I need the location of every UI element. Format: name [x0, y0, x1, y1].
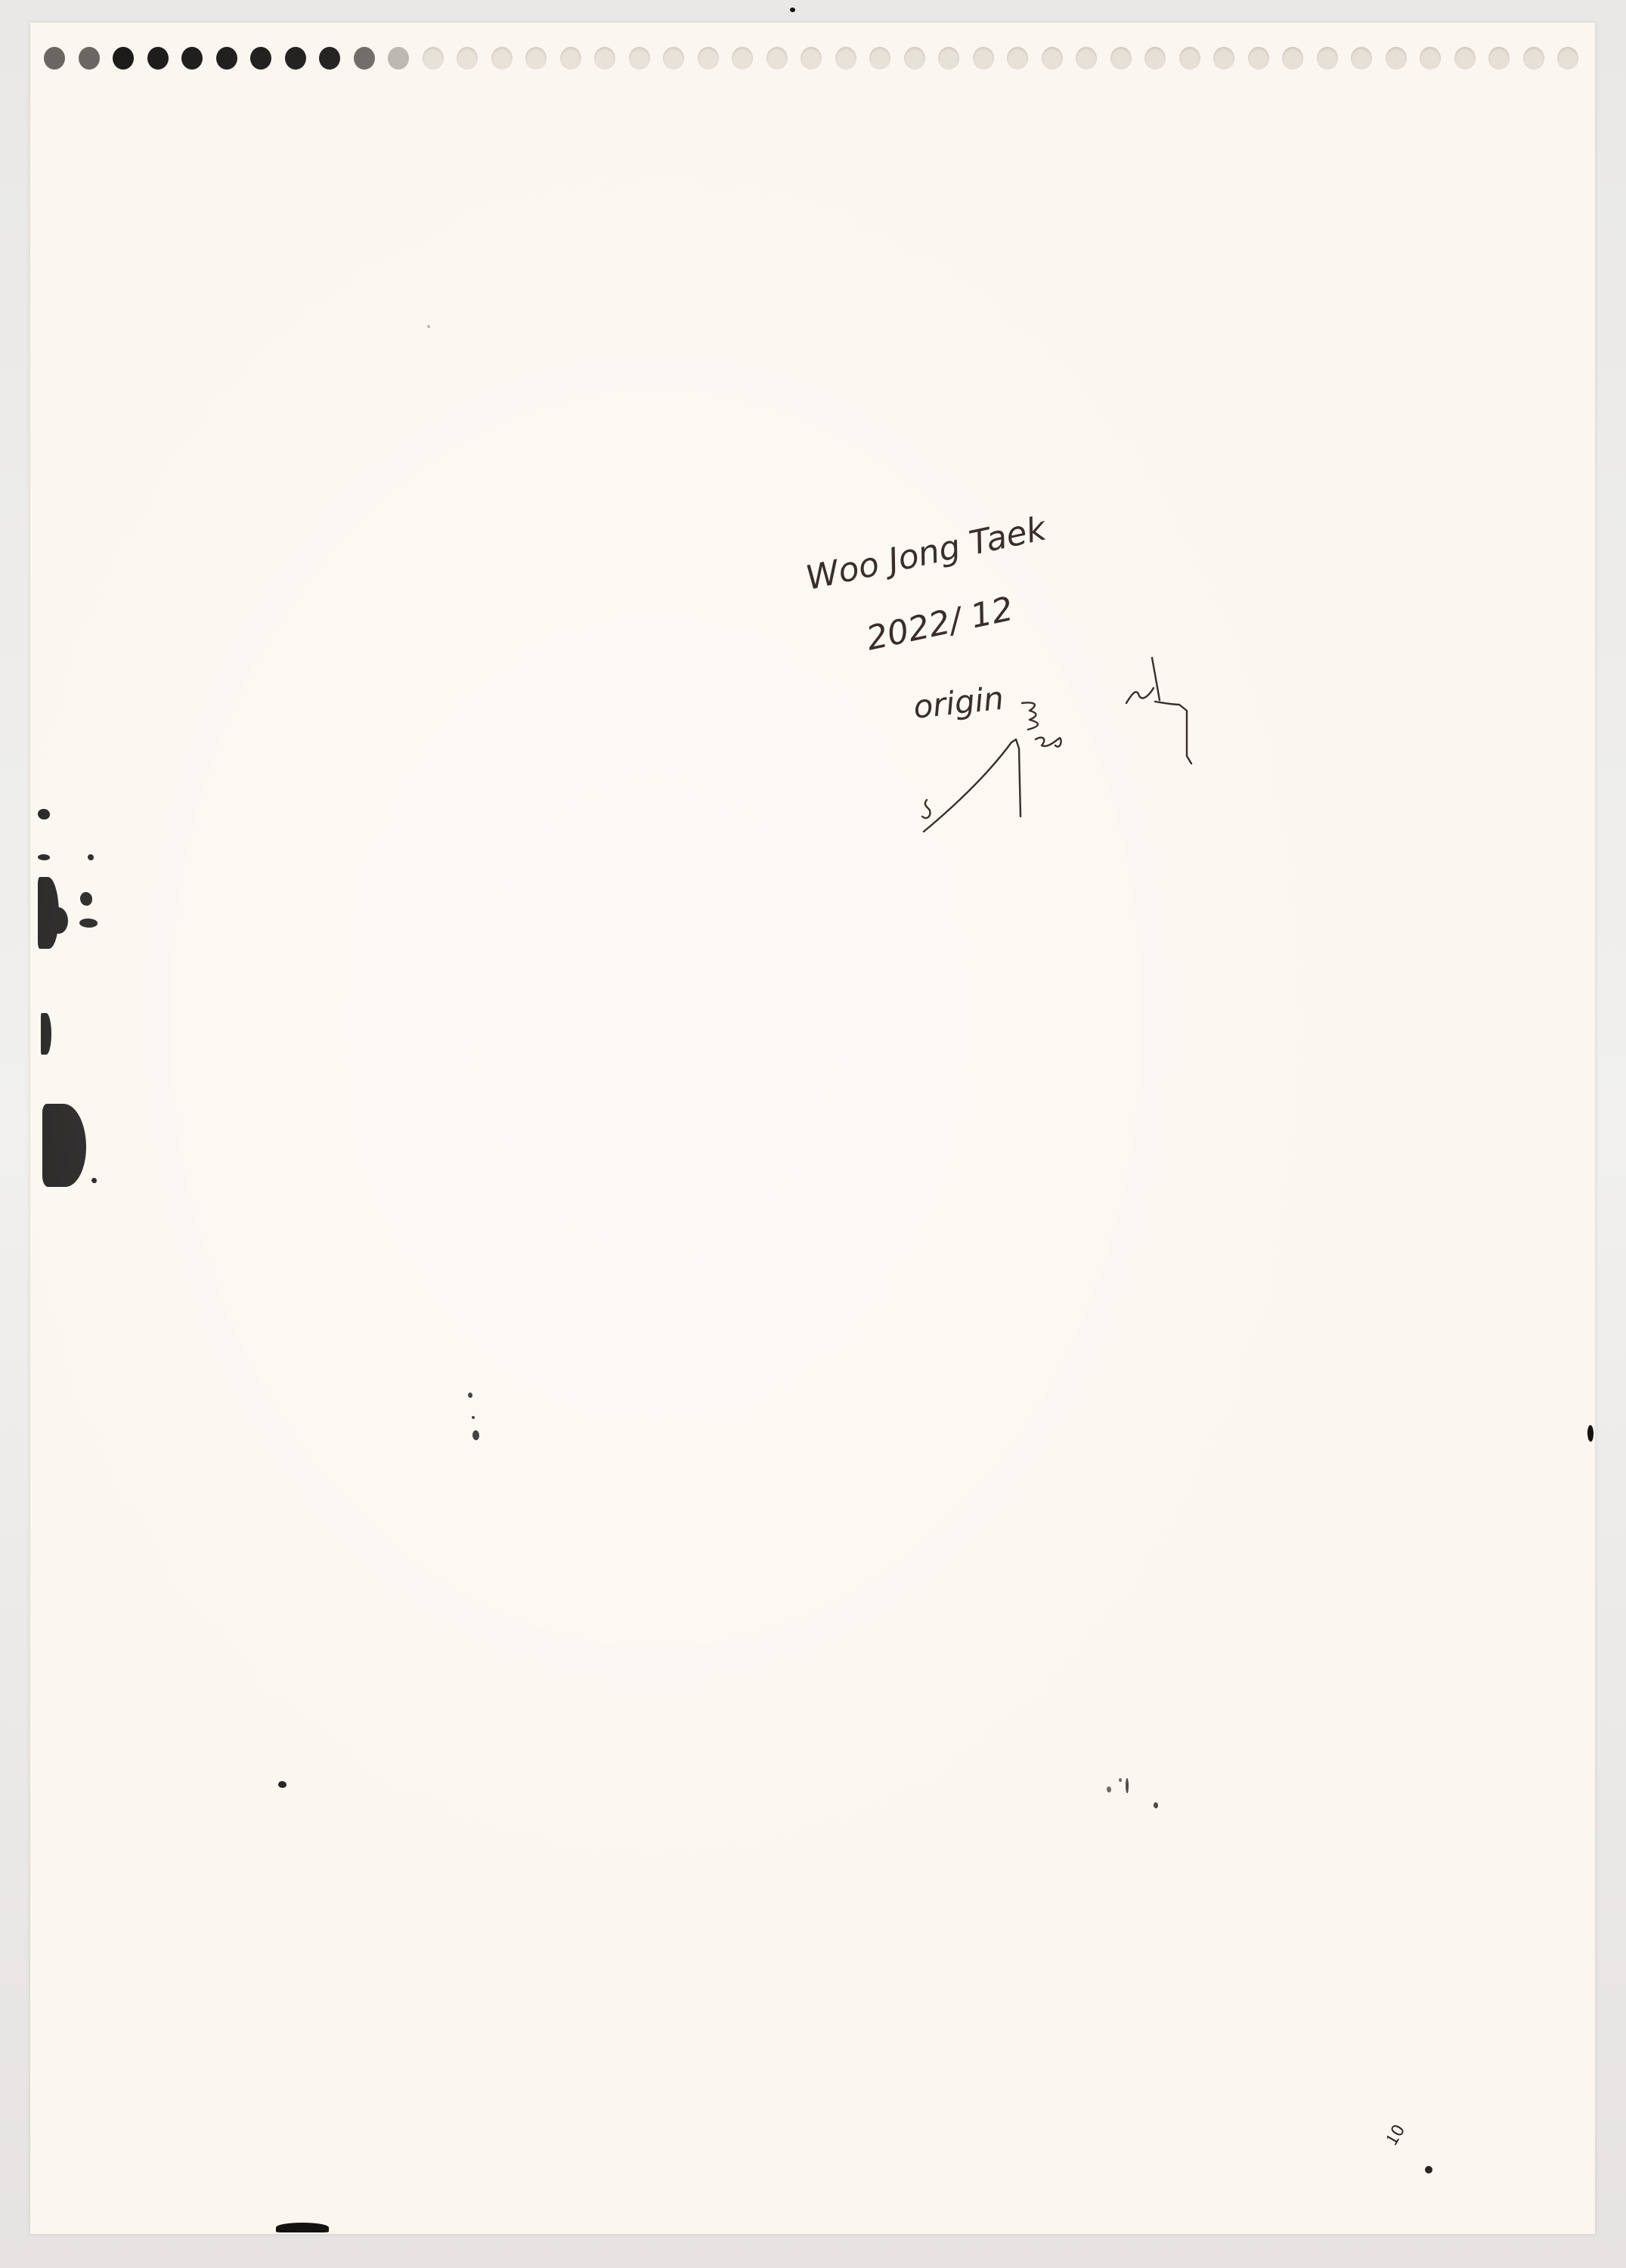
binding-hole: [1248, 47, 1269, 70]
binding-hole: [1110, 47, 1132, 70]
ink-blot: [88, 854, 94, 860]
binding-hole: [457, 47, 478, 70]
origin-text: origin: [912, 680, 1005, 726]
ink-blot: [79, 919, 98, 928]
binding-hole: [1007, 47, 1028, 70]
binding-hole: [285, 47, 306, 70]
ink-dot: [790, 8, 795, 12]
ink-blot: [49, 907, 68, 934]
sketchbook-page: [30, 23, 1595, 2234]
binding-hole: [181, 47, 203, 70]
binding-hole: [629, 47, 650, 70]
ink-blot: [80, 892, 92, 906]
binding-hole: [594, 47, 615, 70]
ink-dot: [472, 1416, 475, 1419]
ink-speckle: [1119, 1778, 1122, 1782]
binding-hole: [938, 47, 959, 70]
binding-hole: [216, 47, 237, 70]
binding-hole: [1282, 47, 1303, 70]
corner-mark-dot: [1425, 2166, 1432, 2173]
ink-blot-large: [42, 1104, 86, 1187]
binding-hole: [1523, 47, 1544, 70]
binding-hole: [1420, 47, 1441, 70]
binding-hole: [767, 47, 788, 70]
ink-blot: [276, 2223, 329, 2232]
binding-hole: [1213, 47, 1234, 70]
binding-hole: [250, 47, 271, 70]
binding-hole: [663, 47, 684, 70]
binding-hole: [44, 47, 65, 70]
ink-dot: [278, 1781, 286, 1788]
binding-hole: [1179, 47, 1200, 70]
ink-blot: [41, 1013, 51, 1055]
ink-dot: [427, 325, 430, 328]
binding-hole: [79, 47, 100, 70]
binding-hole: [973, 47, 994, 70]
binding-hole: [319, 47, 340, 70]
ink-dot: [472, 1430, 479, 1440]
binding-hole: [869, 47, 890, 70]
binding-hole: [1042, 47, 1063, 70]
ink-dot: [91, 1178, 97, 1183]
binding-hole: [1386, 47, 1407, 70]
ink-blot: [1587, 1425, 1593, 1442]
ink-speckle: [1154, 1802, 1158, 1808]
ink-dot: [468, 1393, 472, 1398]
binding-hole: [1351, 47, 1372, 70]
binding-hole: [1488, 47, 1510, 70]
binding-hole: [1317, 47, 1338, 70]
binding-hole: [835, 47, 856, 70]
binding-hole: [801, 47, 822, 70]
inscription-svg: Woo Jong Taek 2022/ 12 origin: [786, 499, 1451, 847]
handwritten-inscription: Woo Jong Taek 2022/ 12 origin: [786, 499, 1451, 847]
binding-hole: [904, 47, 925, 70]
binding-hole: [1076, 47, 1097, 70]
corner-pencil-mark: 10: [1387, 2117, 1448, 2185]
ink-speckle: [1126, 1778, 1129, 1793]
binding-hole: [113, 47, 134, 70]
binding-hole: [732, 47, 753, 70]
binding-hole: [1454, 47, 1476, 70]
binding-hole: [491, 47, 513, 70]
binding-hole: [525, 47, 547, 70]
date-text: 2022/ 12: [863, 590, 1017, 658]
binding-hole: [1557, 47, 1578, 70]
binding-hole: [698, 47, 719, 70]
binding-hole: [1144, 47, 1166, 70]
spiral-binding-holes: [30, 36, 1595, 82]
ink-blot: [38, 854, 50, 860]
ink-speckle: [1107, 1786, 1111, 1792]
binding-hole: [423, 47, 444, 70]
binding-hole: [354, 47, 375, 70]
corner-mark-text: 10: [1387, 2121, 1409, 2149]
artist-name-text: Woo Jong Taek: [803, 509, 1051, 597]
ink-blot: [38, 809, 50, 820]
binding-hole: [388, 47, 409, 70]
binding-hole: [560, 47, 581, 70]
binding-hole: [147, 47, 169, 70]
